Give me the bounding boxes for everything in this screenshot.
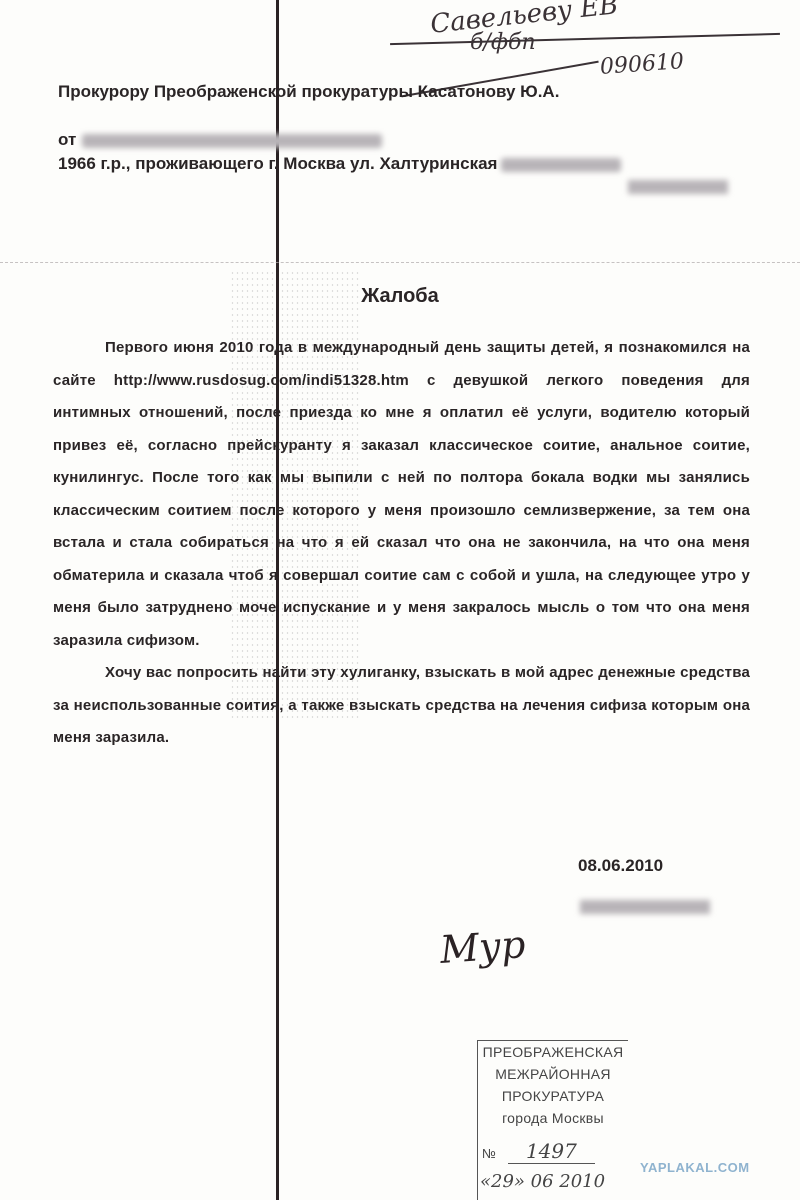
document-title: Жалоба [0,285,800,308]
redacted-name [82,134,382,148]
redacted-address [501,158,621,172]
redacted-signer-name [580,900,710,914]
from-line: от [58,130,382,150]
signature: Мур [439,922,527,972]
registration-stamp: ПРЕОБРАЖЕНСКАЯ МЕЖРАЙОННАЯ ПРОКУРАТУРА г… [477,1040,628,1200]
watermark: YAPLAKAL.COM [640,1160,750,1175]
stamp-date: «29» 06 2010 [480,1171,605,1192]
document-date: 08.06.2010 [578,856,663,876]
stamp-number: 1497 [508,1139,595,1164]
stamp-line-1: ПРЕОБРАЖЕНСКАЯ [478,1041,628,1063]
complaint-body: Первого июня 2010 года в международный д… [53,332,750,755]
addressee: Прокурору Преображенской прокуратуры Кас… [58,82,559,102]
stamp-line-2: МЕЖРАЙОННАЯ [478,1063,628,1085]
paragraph-2: Хочу вас попросить найти эту хулиганку, … [53,657,750,755]
resolution-scribble: б/фбп [470,30,536,55]
paragraph-1: Первого июня 2010 года в международный д… [53,332,750,657]
stamp-number-row: №1497 [482,1139,632,1163]
stamp-line-4: города Москвы [478,1107,628,1129]
address-line: 1966 г.р., проживающего г. Москва ул. Ха… [58,154,621,174]
redacted-phone [628,180,728,194]
resolution-date: 090610 [599,49,685,80]
stamp-line-3: ПРОКУРАТУРА [478,1085,628,1107]
divider [0,262,800,263]
